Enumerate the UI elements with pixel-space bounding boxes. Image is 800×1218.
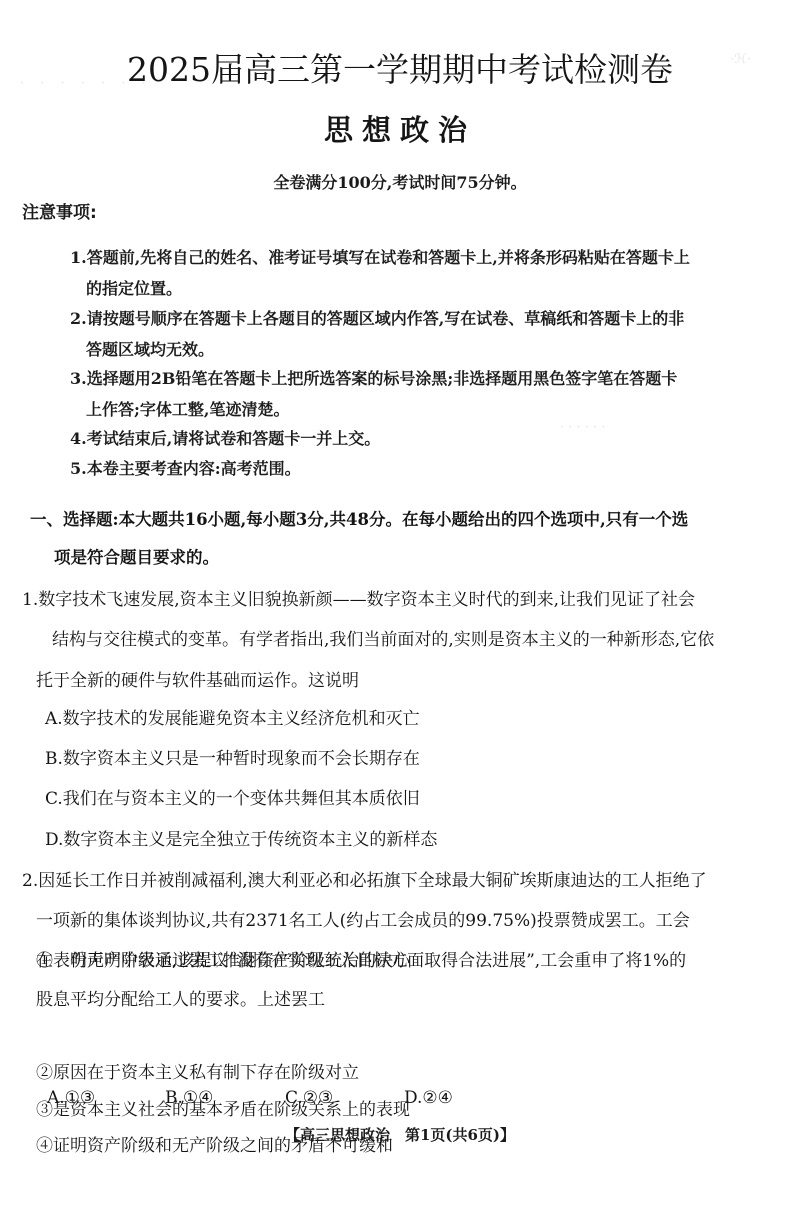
q2-option-c[interactable]: C.②③ [285, 1088, 333, 1108]
score-time-info: 全卷满分100分,考试时间75分钟。 [0, 170, 800, 193]
q2-stem-line1: 2.因延长工作日并被削减福利,澳大利亚必和必拓旗下全球最大铜矿埃斯康迪达的工人拒… [22, 866, 707, 891]
q1-option-b[interactable]: B.数字资本主义只是一种暂时现象而不会长期存在 [45, 744, 420, 769]
exam-title: 2025届高三第一学期期中考试检测卷 [0, 44, 800, 91]
q2-stem-line4: 股息平均分配给工人的要求。上述罢工 [36, 985, 325, 1010]
section-heading: 一、选择题:本大题共16小题,每小题3分,共48分。在每小题给出的四个选项中,只… [30, 506, 688, 530]
note-item-2-cont: 答题区域均无效。 [86, 337, 214, 360]
note-item-1: 1.答题前,先将自己的姓名、准考证号填写在试卷和答题卡上,并将条形码粘贴在答题卡… [70, 245, 690, 268]
q2-stem-line2: 一项新的集体谈判协议,共有2371名工人(约占工会成员的99.75%)投票赞成罢… [36, 906, 690, 931]
note-item-2: 2.请按题号顺序在答题卡上各题目的答题区域内作答,写在试卷、草稿纸和答题卡上的非 [70, 306, 684, 329]
q1-stem-line1: 1.数字技术飞速发展,资本主义旧貌换新颜——数字资本主义时代的到来,让我们见证了… [22, 585, 695, 610]
q1-option-a[interactable]: A.数字技术的发展能避免资本主义经济危机和灭亡 [45, 704, 420, 729]
q1-stem-line3: 托于全新的硬件与软件基础而运作。这说明 [36, 666, 359, 691]
note-item-3: 3.选择题用2B铅笔在答题卡上把所选答案的标号涂黑;非选择题用黑色签字笔在答题卡 [70, 366, 677, 389]
q1-option-d[interactable]: D.数字资本主义是完全独立于传统资本主义的新样态 [45, 825, 437, 850]
note-item-3-cont: 上作答;字体工整,笔迹清楚。 [86, 397, 289, 420]
q2-option-b[interactable]: B.①④ [165, 1088, 213, 1108]
notes-heading: 注意事项: [22, 198, 97, 223]
note-item-4: 4.考试结束后,请将试卷和答题卡一并上交。 [70, 426, 380, 449]
page-footer: 【高三思想政治 第1页(共6页)】 [0, 1124, 800, 1145]
q2-statement-1: ①表明无产阶级通过罢工推翻资产阶级统治的决心 [36, 946, 410, 971]
q2-statement-2: ②原因在于资本主义私有制下存在阶级对立 [36, 1058, 359, 1083]
bleed-through-text: · · · · · · [560, 420, 605, 435]
q1-stem-line2: 结构与交往模式的变革。有学者指出,我们当前面对的,实则是资本主义的一种新形态,它… [52, 625, 714, 650]
q2-option-a[interactable]: A.①③ [47, 1088, 95, 1108]
q2-option-d[interactable]: D.②④ [404, 1088, 453, 1108]
section-heading-cont: 项是符合题目要求的。 [54, 544, 219, 568]
note-item-5: 5.本卷主要考查内容:高考范围。 [70, 456, 301, 479]
subject-title: 思想政治 [0, 108, 800, 149]
note-item-1-cont: 的指定位置。 [86, 276, 182, 299]
q1-option-c[interactable]: C.我们在与资本主义的一个变体共舞但其本质依旧 [45, 784, 420, 809]
